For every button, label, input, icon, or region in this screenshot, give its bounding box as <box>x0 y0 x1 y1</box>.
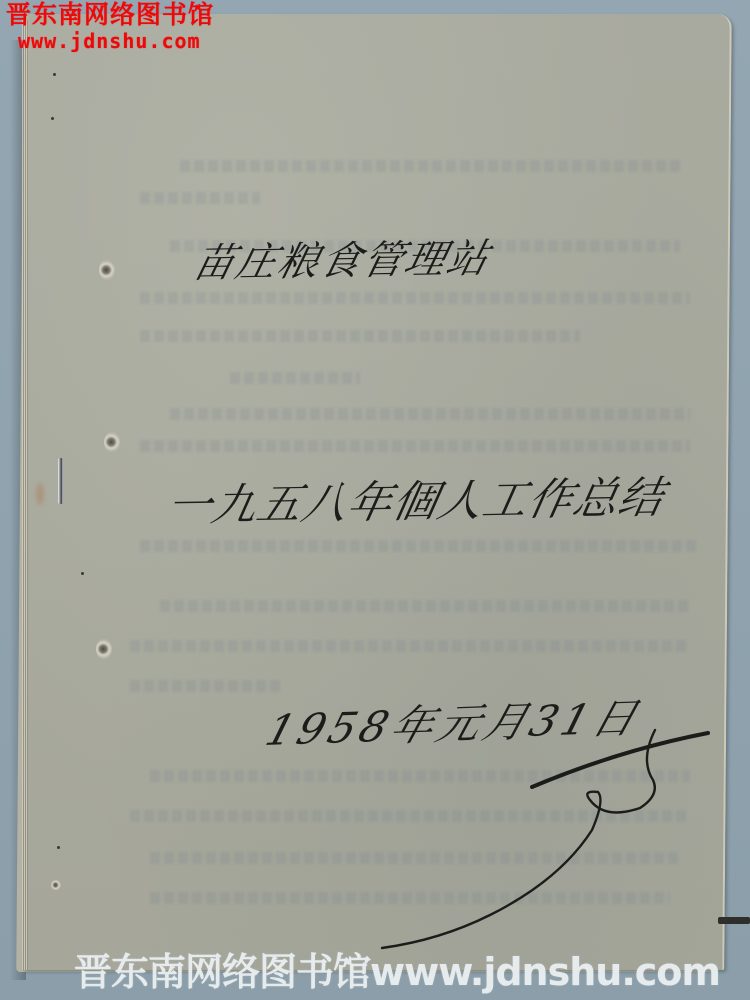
punch-hole <box>96 639 112 659</box>
watermark-bottom: 晋东南网络图书馆www.jdnshu.com <box>74 953 720 991</box>
bleed-through-line <box>140 192 260 204</box>
bleed-through-line <box>130 810 690 822</box>
watermark-url: www.jdnshu.com <box>18 31 214 51</box>
rust-stain <box>36 483 44 505</box>
bleed-through-line <box>170 408 690 420</box>
bleed-through-line <box>140 440 690 452</box>
pinhole <box>81 572 84 575</box>
bleed-through-line <box>130 680 280 692</box>
bleed-through-line <box>130 640 690 652</box>
watermark-site-name: 晋东南网络图书馆 <box>6 2 214 27</box>
paper-stack-edge <box>22 20 28 970</box>
watermark-top: 晋东南网络图书馆 www.jdnshu.com <box>6 0 214 51</box>
staple <box>58 458 63 504</box>
edge-mark <box>718 917 750 924</box>
pinhole <box>53 73 56 76</box>
bleed-through-line <box>140 540 700 552</box>
bleed-through-line <box>150 852 680 864</box>
punch-hole <box>51 880 61 890</box>
pinhole <box>57 846 60 849</box>
bleed-through-line <box>150 892 670 904</box>
pinhole <box>51 117 54 120</box>
document-title: 苗庄粮食管理站 <box>188 227 496 289</box>
bleed-through-line <box>140 292 690 304</box>
bleed-through-line <box>160 600 690 612</box>
bleed-through-line <box>180 160 680 172</box>
punch-hole <box>99 260 115 280</box>
bleed-through-line <box>150 770 690 782</box>
bleed-through-line <box>140 330 580 342</box>
document-subtitle: 一九五八年個人工作总结 <box>162 461 671 534</box>
punch-hole <box>104 432 120 452</box>
bleed-through-line <box>230 372 360 384</box>
